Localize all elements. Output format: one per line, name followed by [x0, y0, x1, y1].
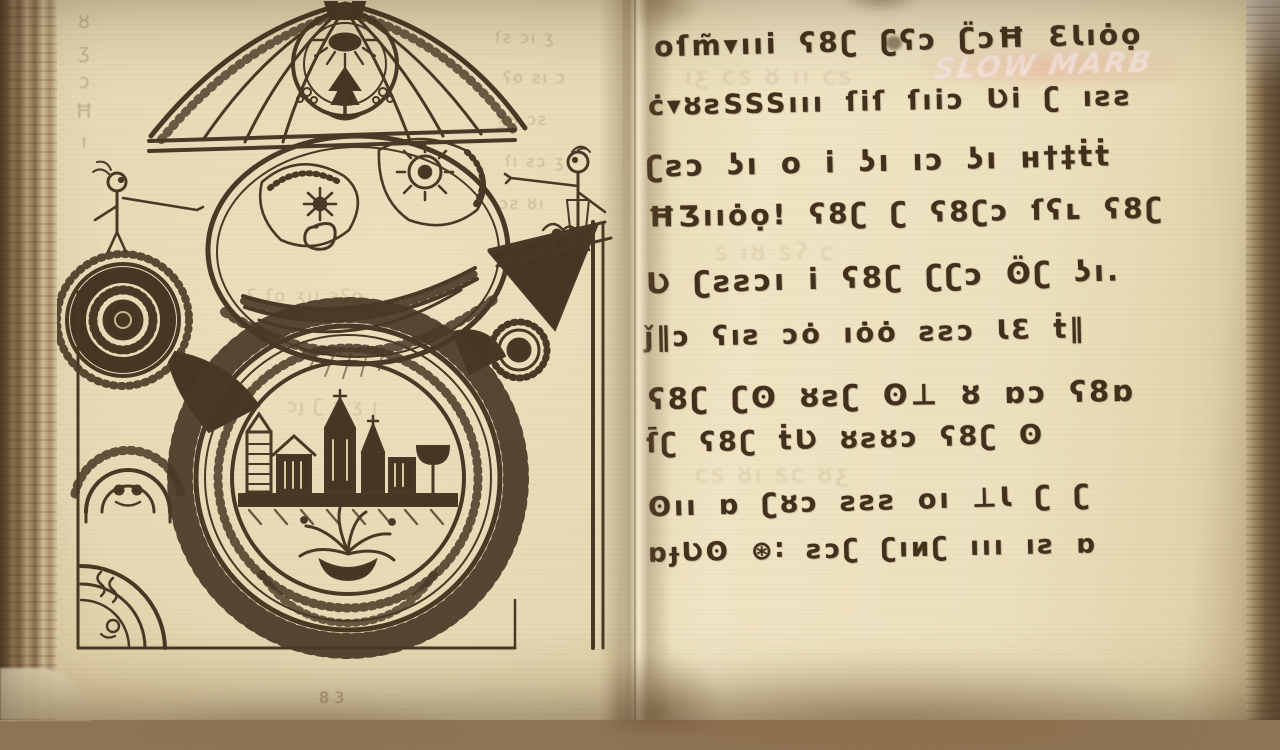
- manuscript-illustration: [57, 0, 622, 665]
- left-figure: [93, 162, 203, 252]
- script-line: ſ̄ʗ ʕ8ʗ ṫƲ ȣƨȣɔ ʕ8ʗ ʘ: [646, 419, 1046, 459]
- script-line: ɒɟƲʘ ⊛∶ ƨɔʗ ʗıиʗ ııı ıƨ ɒ: [648, 529, 1098, 568]
- eye-icon: [330, 34, 360, 50]
- toothed-wheel: [180, 310, 516, 646]
- script-line: ʗƨɔ ʖı o i ʖı ıɔ ʖı ʜ†‡ṫṫ: [646, 138, 1113, 183]
- left-page-stack-edge: [0, 0, 57, 720]
- bleedthrough-text: ƨɔ ıı ȣ ƨɔ ʒı: [682, 62, 851, 90]
- walled-city: [239, 390, 457, 524]
- script-line: ǰ∥ɔ ʕıƨ ɔȯ ıȯȯ ƨƨɔ ƖƐ ṫ∥: [644, 313, 1087, 353]
- burning-bush: [300, 508, 394, 580]
- bleedthrough-text: ʒȣ ɔƨ ıȣ ƨɔ: [692, 460, 849, 488]
- left-page: ȣ ʒ ɔ Ħ ı ſƨ ɔı ʒ ʕo ƨı ɔ ʒȣ ɔƨ ſı ƨɔ ʒ …: [57, 0, 622, 720]
- cross-icon: [368, 416, 378, 426]
- right-page: ƨɔ ıı ȣ ƨɔ ʒı ɔ ʕƨ ȣı ƨ ʒȣ ɔƨ ıȣ ƨɔ oſm̃…: [622, 0, 1246, 720]
- cross-icon: [334, 390, 346, 402]
- corner-arch: [81, 566, 165, 648]
- script-line: ʕ8ʗ ʗʘ ȣƨʗ ʘ⊥ ȣ ɒɔ ʕ8ɒ: [648, 374, 1137, 417]
- left-eye-spiral: [260, 164, 358, 249]
- book-photo: ȣ ʒ ɔ Ħ ı ſƨ ɔı ʒ ʕo ƨı ɔ ʒȣ ɔƨ ſı ƨɔ ʒ …: [0, 0, 1280, 720]
- script-line: ĦƷııȯọ! ʕ8ʗ ʗ ʕ8ʗɔ ſʕʟ ʕ8ʗ: [648, 191, 1165, 233]
- canopy-with-rays: [149, 4, 525, 151]
- page-number: 83: [319, 688, 349, 707]
- arch-sun: [75, 450, 181, 522]
- right-page-stack-edge: [1246, 0, 1280, 720]
